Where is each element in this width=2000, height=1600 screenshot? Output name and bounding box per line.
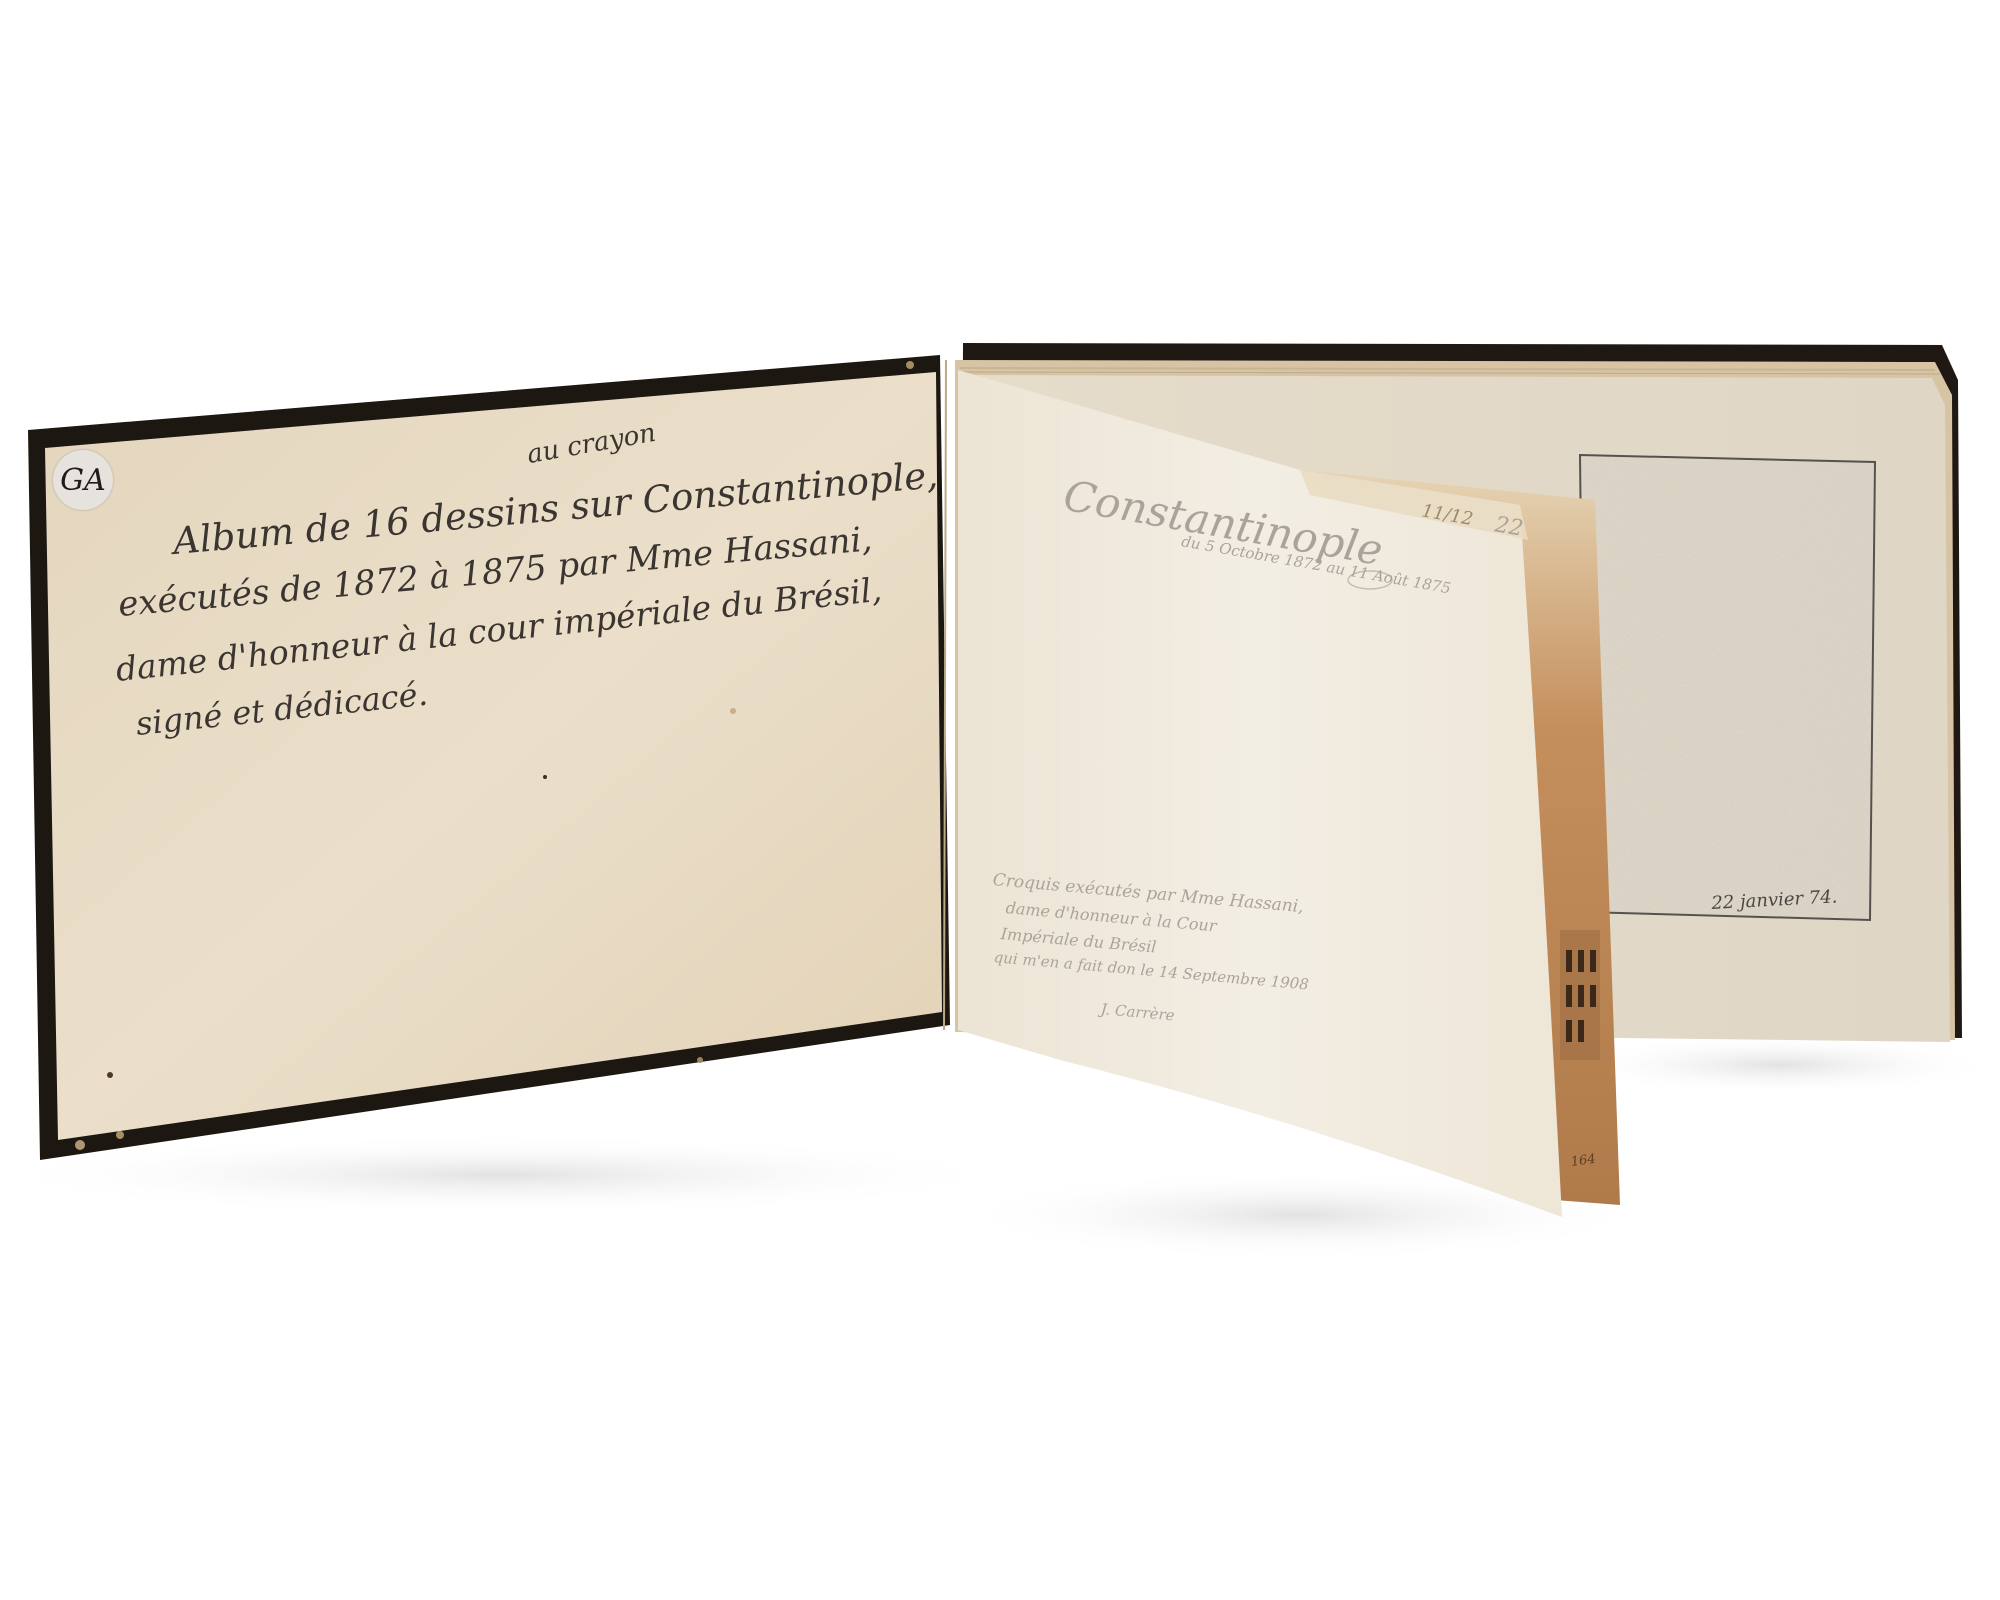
collector-sticker: GA — [53, 450, 113, 510]
pencil-drawing — [1580, 455, 1875, 920]
album-photograph: GA au crayon Album de 16 dessins sur Con… — [0, 0, 2000, 1600]
sticker-monogram: GA — [60, 463, 106, 498]
leaf-page-number: 22 — [1493, 512, 1525, 541]
album-illustration — [0, 0, 2000, 1600]
